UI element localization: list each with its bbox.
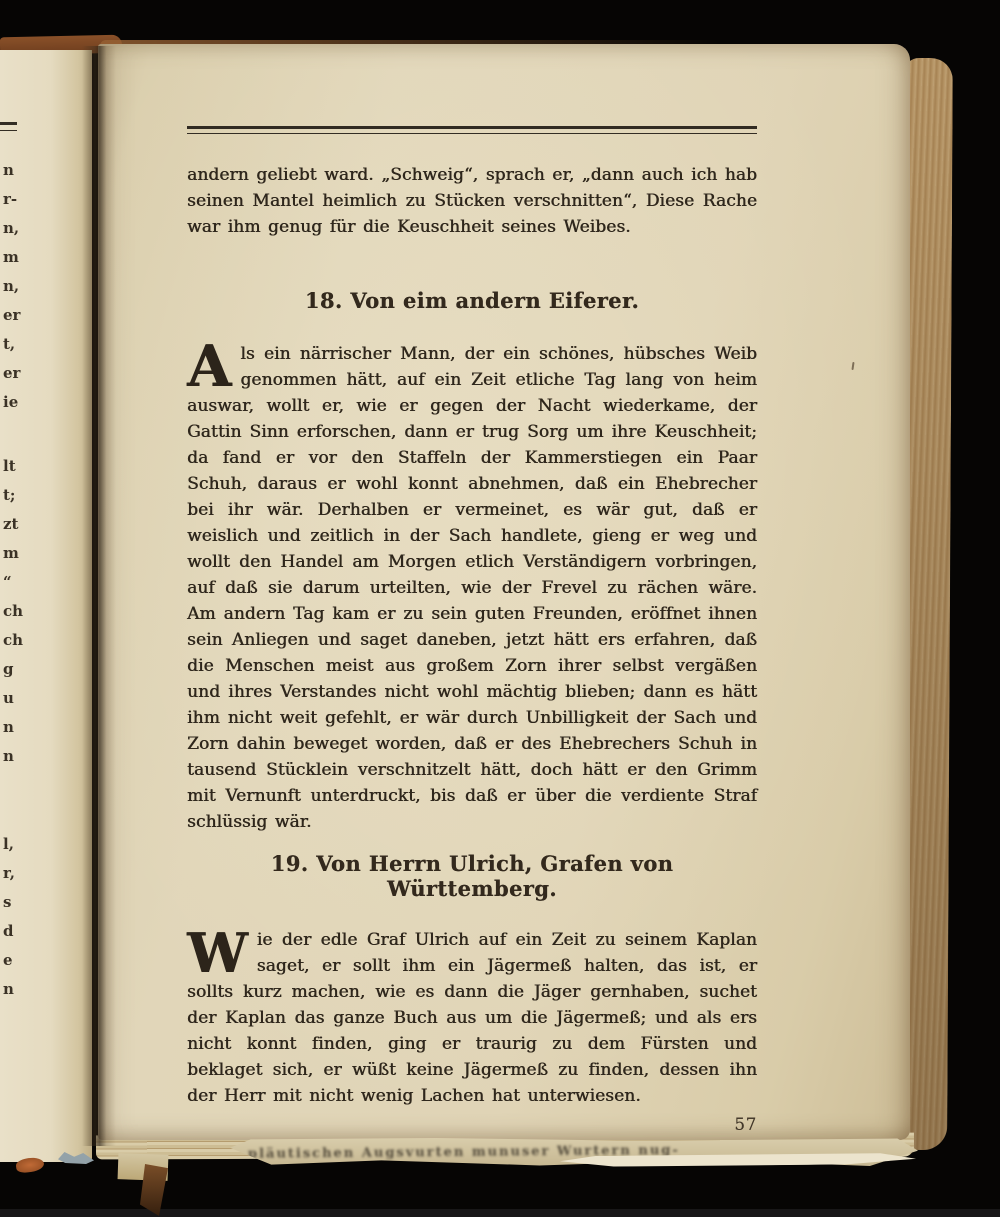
section-19-heading: 19. Von Herrn Ulrich, Grafen von Württem… <box>187 851 757 901</box>
text-fragment: n <box>3 713 37 742</box>
text-fragment: t, <box>3 330 37 359</box>
text-fragment: zt <box>3 510 37 539</box>
text-fragment: g <box>3 655 37 684</box>
text-fragment: n <box>3 742 37 771</box>
text-fragment: n, <box>3 272 37 301</box>
facing-page-text-fragments-top: nr-n,mn,ert,erie <box>3 156 37 417</box>
text-fragment: er <box>3 359 37 388</box>
dropcap-initial-a: A <box>187 343 231 393</box>
text-fragment: lt <box>3 452 37 481</box>
text-fragment: s <box>3 888 37 917</box>
text-fragment: d <box>3 917 37 946</box>
text-fragment: m <box>3 243 37 272</box>
text-fragment: r, <box>3 859 37 888</box>
text-fragment: “ <box>3 568 37 597</box>
dropcap-initial-w: W <box>187 929 248 979</box>
text-fragment: l, <box>3 830 37 859</box>
section-19-paragraph: Wie der edle Graf Ulrich auf ein Zeit zu… <box>187 927 757 1109</box>
page-number: 57 <box>187 1115 757 1134</box>
text-fragment: n <box>3 156 37 185</box>
facing-page-rule-stub <box>0 122 17 131</box>
continuation-paragraph: andern geliebt ward. „Schweig“, sprach e… <box>187 162 757 240</box>
text-fragment: e <box>3 946 37 975</box>
printed-text-block: andern geliebt ward. „Schweig“, sprach e… <box>187 126 757 1134</box>
section-18-body-text: ls ein närrischer Mann, der ein schönes,… <box>187 344 757 832</box>
text-fragment: m <box>3 539 37 568</box>
header-double-rule <box>187 126 757 134</box>
text-fragment: t; <box>3 481 37 510</box>
book-gutter-shadow <box>82 46 116 1146</box>
book-photo-scene: nr-n,mn,ert,erie ltt;ztm“chchgunn l,r,sd… <box>0 0 1000 1217</box>
text-fragment: n, <box>3 214 37 243</box>
section-18-heading: 18. Von eim andern Eiferer. <box>187 288 757 313</box>
text-fragment: er <box>3 301 37 330</box>
text-fragment: ch <box>3 597 37 626</box>
text-fragment: n <box>3 975 37 1004</box>
text-fragment: ch <box>3 626 37 655</box>
text-fragment: r- <box>3 185 37 214</box>
text-fragment: u <box>3 684 37 713</box>
text-fragment: ie <box>3 388 37 417</box>
facing-page-text-fragments-bottom: l,r,sden <box>3 830 37 1004</box>
section-18-paragraph: Als ein närrischer Mann, der ein schönes… <box>187 341 757 835</box>
facing-page-text-fragments-middle: ltt;ztm“chchgunn <box>3 452 37 771</box>
section-19-body-text: ie der edle Graf Ulrich auf ein Zeit zu … <box>187 930 757 1106</box>
